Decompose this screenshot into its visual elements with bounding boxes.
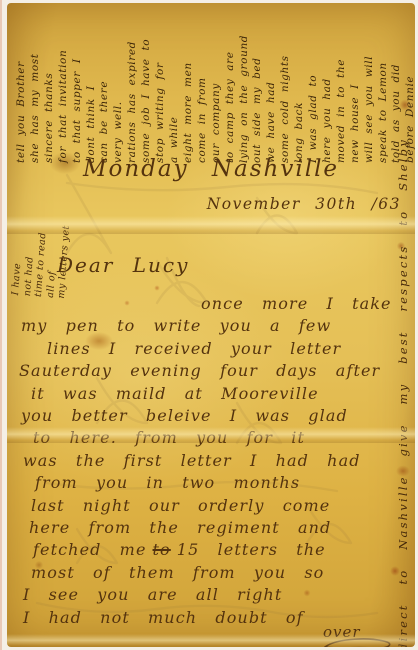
cross-writing-line: very well. [112,13,126,163]
cross-writing-line: here you had [321,13,335,163]
cross-writing-line: I was glad to [307,13,321,163]
cross-writing-line: she has my most [29,13,43,163]
cross-writing-line: for that invitation [57,13,71,163]
cross-writing-line: speak to Lemon [377,13,391,163]
body-line: you better beleive I was glad [19,405,407,427]
cross-writing-line: will see you will [363,13,377,163]
cross-writing-line: out side my bed [251,13,265,163]
body-line: to here. from you for it [19,427,407,449]
cross-writing-block: tell you Brother she has my most sincere… [15,13,415,163]
cross-writing-line: sincere thanks [43,13,57,163]
cross-writing-line: dont think I [85,13,99,163]
body-line-with-strikeout: fetched meto15 letters the [19,539,407,561]
cross-writing-line: can be there [98,13,112,163]
body-line: last night our orderly come [19,495,407,517]
letter-paper: tell you Brother she has my most sincere… [7,3,415,647]
heading-date: November 30th /63 [207,195,401,213]
cross-writing-line: we have had [265,13,279,163]
cross-writing-line: moved in to the [335,13,349,163]
body-line-segment: 15 letters the [177,540,326,559]
body-line: once more I take [19,293,407,315]
body-line: from you in two months [19,472,407,494]
letter-body: once more I take my pen to write you a f… [19,293,407,629]
cross-writing-line: to that supper I [71,13,85,163]
body-line: lines I received your letter [19,338,407,360]
struck-word: to [153,540,171,559]
body-line: here from the regiment and [19,517,407,539]
body-line: most of them from you so [19,562,407,584]
body-line: was the first letter I had had [19,450,407,472]
body-line: my pen to write you a few [19,315,407,337]
cross-writing-line: lying on the ground [238,13,252,163]
cross-writing-line: long back [293,13,307,163]
body-line-segment: fetched me [33,540,147,559]
cross-writing-line: some job I have to [140,13,154,163]
cross-writing-line: new house I [349,13,363,163]
cross-writing-line: tell you Brother [15,13,29,163]
body-line: Sauterday evening four days after [19,360,407,382]
body-line: I see you are all right [19,584,407,606]
heading-place: Monday Nashville [7,156,415,182]
cross-writing-line: stop writing for [154,13,168,163]
over-note-text: over [323,623,361,641]
cross-writing-line: to camp they are [224,13,238,163]
cross-writing-line: our company [210,13,224,163]
cross-writing-line: rations has expired [126,13,140,163]
letter-scan: tell you Brother she has my most sincere… [0,0,418,650]
cross-writing-line: come in from [196,13,210,163]
salutation: Dear Lucy [57,253,189,277]
body-line: it was maild at Mooreville [19,383,407,405]
over-note: over [323,623,393,647]
cross-writing-line: eight more men [182,13,196,163]
cross-writing-line: some cold nights [279,13,293,163]
cross-writing-line: a while [168,13,182,163]
